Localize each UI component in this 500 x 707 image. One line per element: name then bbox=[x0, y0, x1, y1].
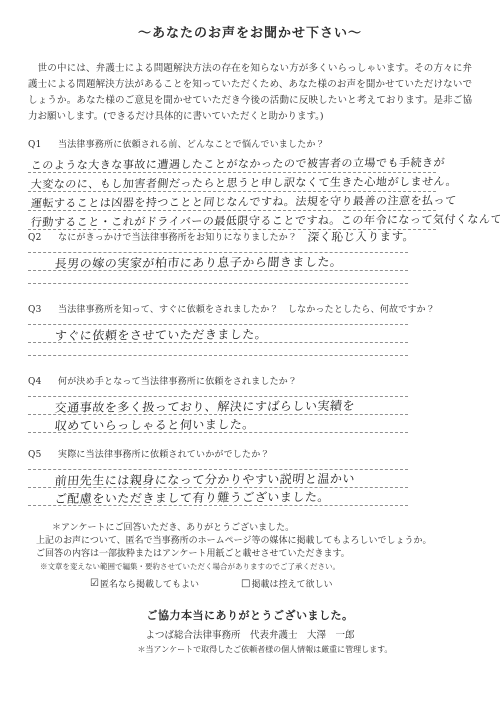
question-3-block: Q3 当法律事務所を知って、すぐに依頼をされましたか？ しなかったとしたら、何故… bbox=[28, 304, 472, 356]
handwritten-answer: 収めていらっしゃると伺いました。 bbox=[28, 415, 256, 435]
answer-line: このような大きな事故に遭遇したことがなかったので被害者の立場でも手続きが bbox=[28, 154, 436, 173]
question-3-line: Q3 当法律事務所を知って、すぐに依頼をされましたか？ しなかったとしたら、何故… bbox=[28, 304, 472, 317]
consent-edit-note: ※文章を変えない範囲で編集・要約させていただく場合がありますのでご了承ください。 bbox=[28, 561, 472, 572]
consent-option-label: 匿名なら掲載してもよい bbox=[100, 577, 199, 590]
question-3-text: 当法律事務所を知って、すぐに依頼をされましたか？ しなかったとしたら、何故ですか… bbox=[58, 304, 435, 317]
checkbox-unchecked-icon[interactable]: □ bbox=[241, 579, 250, 589]
question-2-answer-area[interactable]: 長男の嫁の実家が柏市にあり息子から聞きました。 bbox=[28, 252, 408, 284]
question-1-block: Q1 当法律事務所に依頼される前、どんなことで悩んでいましたか？ このような大き… bbox=[28, 139, 472, 230]
question-5-block: Q5 実際に当法律事務所に依頼されていかがでしたか？ 前田先生には親身になって分… bbox=[28, 449, 472, 506]
footer-section: ご協力本当にありがとうございました。 よつば総合法律事務所 代表弁護士 大澤 一… bbox=[28, 607, 472, 655]
footer-thanks: ご協力本当にありがとうございました。 bbox=[28, 607, 472, 623]
handwritten-answer: 前田先生には親身になって分かりやすい説明と温かい bbox=[28, 470, 356, 490]
question-5-number: Q5 bbox=[28, 449, 58, 462]
consent-permission-line1: 上記のお声について、匿名で当事務所のホームページ等の媒体に掲載してもよろしいでし… bbox=[28, 535, 472, 548]
question-1-number: Q1 bbox=[28, 139, 58, 152]
spacer bbox=[28, 433, 472, 449]
question-1-text: 当法律事務所に依頼される前、どんなことで悩んでいましたか？ bbox=[58, 139, 325, 152]
answer-line: すぐに依頼をさせていただきました。 bbox=[28, 325, 408, 343]
question-5-text: 実際に当法律事務所に依頼されていかがでしたか？ bbox=[58, 449, 270, 462]
handwritten-answer-overflow: 深く恥じ入ります。 bbox=[307, 230, 415, 244]
question-2-text: なにがきっかけで当法律事務所をお知りになりましたか？ bbox=[58, 232, 297, 245]
consent-option-label: 掲載は控えて欲しい bbox=[251, 577, 332, 590]
question-4-text: 何が決め手となって当法律事務所に依頼をされましたか？ bbox=[58, 376, 297, 389]
handwritten-answer: 交通事故を多く扱っており、解決にすばらしい実績を bbox=[28, 397, 356, 417]
spacer bbox=[28, 356, 472, 376]
question-3-number: Q3 bbox=[28, 304, 58, 317]
question-3-answer-area[interactable]: すぐに依頼をさせていただきました。 bbox=[28, 324, 408, 356]
question-4-answer-area[interactable]: 交通事故を多く扱っており、解決にすばらしい実績を 収めていらっしゃると伺いました… bbox=[28, 396, 408, 433]
page-title: ～あなたのお声をお聞かせ下さい～ bbox=[28, 22, 472, 41]
answer-line: 運転することは凶器を持つことと同じなんですね。法規を守り最善の注意を払って bbox=[28, 192, 436, 211]
consent-thanks-note: ＊アンケートにご回答いただき、ありがとうございました。 bbox=[28, 522, 472, 535]
spacer bbox=[28, 284, 472, 304]
question-5-line: Q5 実際に当法律事務所に依頼されていかがでしたか？ bbox=[28, 449, 472, 462]
answer-line: 長男の嫁の実家が柏市にあり息子から聞きました。 bbox=[28, 253, 408, 271]
answer-line: ご配慮をいただきまして有り難うございました。 bbox=[28, 488, 408, 506]
consent-option-no-publish[interactable]: □ 掲載は控えて欲しい bbox=[241, 577, 332, 590]
question-1-line: Q1 当法律事務所に依頼される前、どんなことで悩んでいましたか？ bbox=[28, 139, 472, 152]
questionnaire-page: ～あなたのお声をお聞かせ下さい～ 世の中には、弁護士による問題解決方法の存在を知… bbox=[0, 0, 500, 707]
footer-office-name: よつば総合法律事務所 代表弁護士 大澤 一郎 bbox=[28, 627, 472, 641]
question-4-block: Q4 何が決め手となって当法律事務所に依頼をされましたか？ 交通事故を多く扱って… bbox=[28, 376, 472, 433]
consent-permission-line2: ご回答の内容は一部抜粋またはアンケート用紙ごと載せさせていただきます。 bbox=[28, 548, 472, 561]
handwritten-answer: このような大きな事故に遭遇したことがなかったので被害者の立場でも手続きが bbox=[28, 153, 446, 175]
answer-line: 行動すること・これがドライバーの最低限守ることですね。この年令になって気付くなん… bbox=[28, 211, 436, 230]
handwritten-answer: ご配慮をいただきまして有り難うございました。 bbox=[28, 488, 331, 508]
answer-line: 収めていらっしゃると伺いました。 bbox=[28, 415, 408, 433]
answer-line-empty bbox=[28, 343, 408, 356]
answer-line: 交通事故を多く扱っており、解決にすばらしい実績を bbox=[28, 397, 408, 415]
answer-line: 前田先生には親身になって分かりやすい説明と温かい bbox=[28, 470, 408, 488]
intro-paragraph: 世の中には、弁護士による問題解決方法の存在を知らない方が多くいらっしゃいます。そ… bbox=[28, 61, 472, 125]
question-2-line: Q2 なにがきっかけで当法律事務所をお知りになりましたか？ 深く恥じ入ります。 bbox=[28, 230, 472, 245]
answer-line-empty bbox=[28, 271, 408, 284]
footer-privacy-note: ＊当アンケートで取得したご依頼者様の個人情報は厳重に管理します。 bbox=[28, 644, 472, 655]
checkbox-checked-icon[interactable]: ☑ bbox=[90, 579, 99, 589]
handwritten-answer: 行動すること・これがドライバーの最低限守ることですね。この年令になって気付くなん… bbox=[28, 210, 500, 232]
question-5-answer-area[interactable]: 前田先生には親身になって分かりやすい説明と温かい ご配慮をいただきまして有り難う… bbox=[28, 469, 408, 506]
question-4-line: Q4 何が決め手となって当法律事務所に依頼をされましたか？ bbox=[28, 376, 472, 389]
question-2-block: Q2 なにがきっかけで当法律事務所をお知りになりましたか？ 深く恥じ入ります。 … bbox=[28, 230, 472, 284]
question-1-answer-area[interactable]: このような大きな事故に遭遇したことがなかったので被害者の立場でも手続きが 大変な… bbox=[28, 154, 472, 230]
handwritten-answer: 長男の嫁の実家が柏市にあり息子から聞きました。 bbox=[28, 253, 343, 273]
answer-line: 大変なのに、もし加害者側だったらと思うと申し訳なくて生きた心地がしません。 bbox=[28, 173, 436, 192]
consent-option-anonymous-ok[interactable]: ☑ 匿名なら掲載してもよい bbox=[90, 577, 199, 590]
question-2-number: Q2 bbox=[28, 232, 58, 245]
consent-section: ＊アンケートにご回答いただき、ありがとうございました。 上記のお声について、匿名… bbox=[28, 522, 472, 590]
consent-options: ☑ 匿名なら掲載してもよい □ 掲載は控えて欲しい bbox=[28, 577, 472, 590]
question-4-number: Q4 bbox=[28, 376, 58, 389]
